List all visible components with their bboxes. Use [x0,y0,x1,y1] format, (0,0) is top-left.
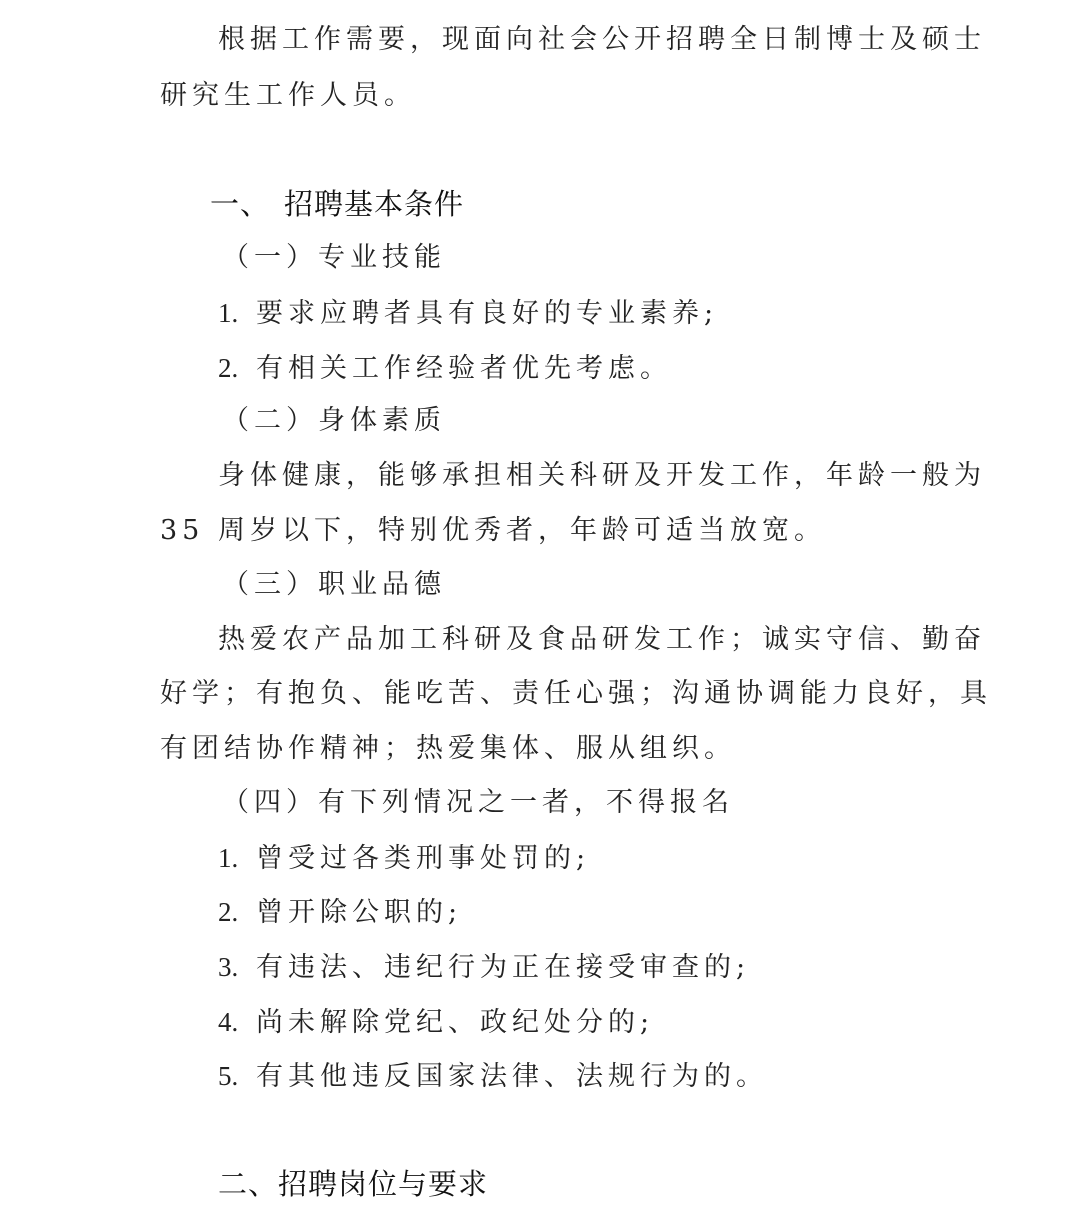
list-item: 4.尚未解除党纪、政纪处分的; [218,1004,654,1041]
section-1-number: 一、 [210,185,284,223]
list-item-text: 有违法、违纪行为正在接受审查的; [256,952,750,983]
paragraph-line: 好学；有抱负、能吃苦、责任心强；沟通协调能力良好，具 [160,676,992,712]
list-item-number: 4. [218,1004,256,1040]
list-item-text: 曾受过各类刑事处罚的; [256,843,590,874]
list-item: 3.有违法、违纪行为正在接受审查的; [218,949,750,986]
list-item-number: 2. [218,894,256,930]
subsection-3-heading: （三）职业品德 [222,567,446,603]
list-item-text: 尚未解除党纪、政纪处分的; [256,1007,654,1038]
subsection-1-heading: （一）专业技能 [222,240,446,276]
paragraph-line: 身体健康，能够承担相关科研及开发工作，年龄一般为 [218,458,986,494]
list-item: 2.有相关工作经验者优先考虑。 [218,350,672,387]
list-item-number: 3. [218,949,256,985]
paragraph-line: 35 周岁以下，特别优秀者，年龄可适当放宽。 [160,513,826,549]
list-item-number: 1. [218,840,256,876]
list-item-text: 有相关工作经验者优先考虑。 [256,353,672,384]
list-item-text: 曾开除公职的; [256,897,462,928]
list-item: 2.曾开除公职的; [218,894,462,931]
subsection-2-heading: （二）身体素质 [222,403,446,439]
paragraph-line: 有团结协作精神；热爱集体、服从组织。 [160,731,736,767]
list-item-number: 1. [218,295,256,331]
list-item-number: 5. [218,1058,256,1094]
list-item: 5.有其他违反国家法律、法规行为的。 [218,1058,768,1095]
list-item-text: 要求应聘者具有良好的专业素养; [256,298,718,329]
list-item-number: 2. [218,350,256,386]
intro-line-2: 研究生工作人员。 [160,78,416,114]
section-1-heading: 一、招聘基本条件 [210,185,464,223]
paragraph-line: 热爱农产品加工科研及食品研发工作；诚实守信、勤奋 [218,622,986,658]
section-1-title: 招聘基本条件 [284,187,464,221]
list-item-text: 有其他违反国家法律、法规行为的。 [256,1061,768,1092]
list-item: 1.要求应聘者具有良好的专业素养; [218,295,718,332]
section-2-heading: 二、招聘岗位与要求 [218,1165,488,1203]
list-item: 1.曾受过各类刑事处罚的; [218,840,590,877]
subsection-4-heading: （四）有下列情况之一者，不得报名 [222,785,734,821]
intro-line-1: 根据工作需要，现面向社会公开招聘全日制博士及硕士 [218,22,986,58]
